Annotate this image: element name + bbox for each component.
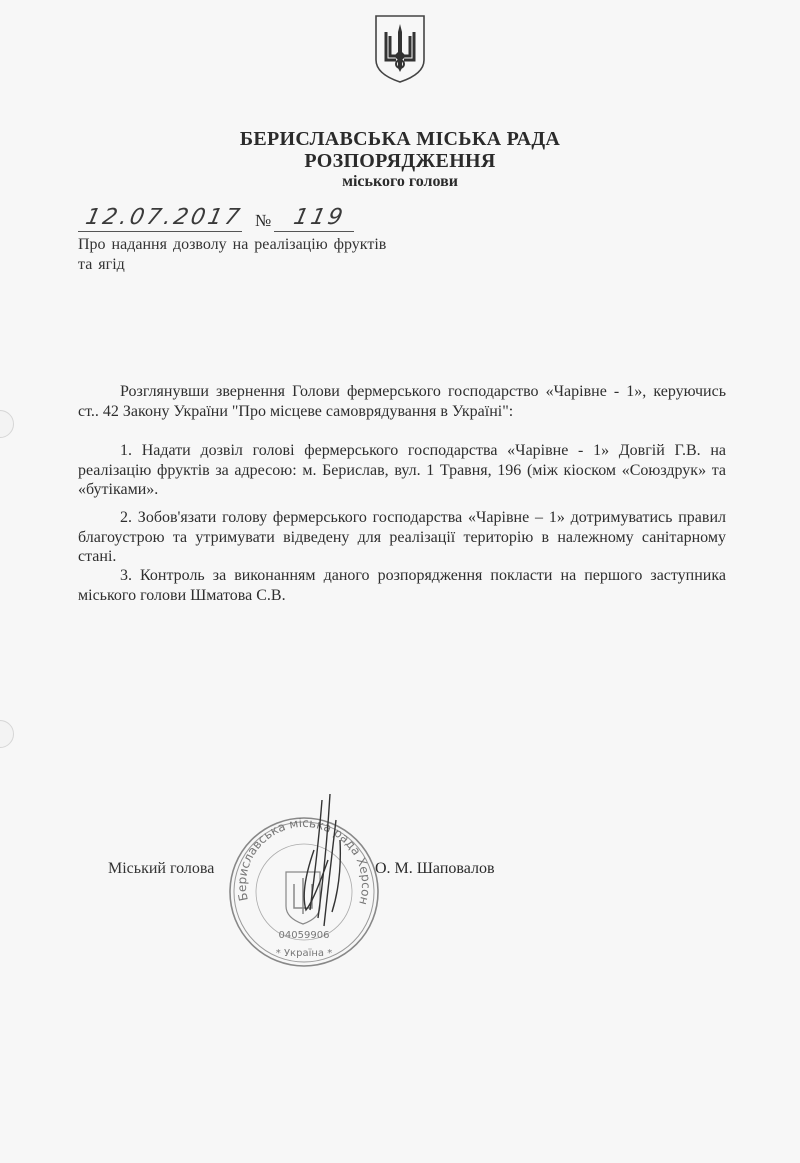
signatory-title: Міський голова	[108, 860, 214, 878]
subject: Про надання дозволу на реалізацію фрукті…	[78, 235, 386, 275]
number-sign: №	[255, 211, 271, 231]
handwritten-date: 12.07.2017	[83, 205, 244, 230]
coat-of-arms-icon	[372, 12, 428, 84]
handwritten-signature-icon	[270, 790, 380, 930]
council-name: БЕРИСЛАВСЬКА МІСЬКА РАДА	[0, 128, 800, 151]
item-1: 1. Надати дозвіл голові фермерського гос…	[78, 441, 726, 500]
document-type: РОЗПОРЯДЖЕННЯ	[0, 150, 800, 173]
subject-line: Про надання дозволу на реалізацію фрукті…	[78, 235, 386, 255]
date-field: 12.07.2017	[78, 203, 242, 232]
stamp-code: 04059906	[279, 930, 330, 941]
item-3: 3. Контроль за виконанням даного розпоря…	[78, 566, 726, 605]
intro-paragraph: Розглянувши звернення Голови фермерськог…	[78, 382, 726, 421]
punch-hole	[0, 410, 14, 438]
punch-hole	[0, 720, 14, 748]
subject-line: та ягід	[78, 255, 386, 275]
stamp-bottom-text: * Україна *	[276, 948, 332, 959]
signatory-name: О. М. Шаповалов	[375, 860, 495, 878]
issuer: міського голови	[0, 173, 800, 191]
number-field: 119	[274, 203, 354, 232]
handwritten-number: 119	[291, 205, 347, 230]
item-2: 2. Зобов'язати голову фермерського госпо…	[78, 508, 726, 567]
